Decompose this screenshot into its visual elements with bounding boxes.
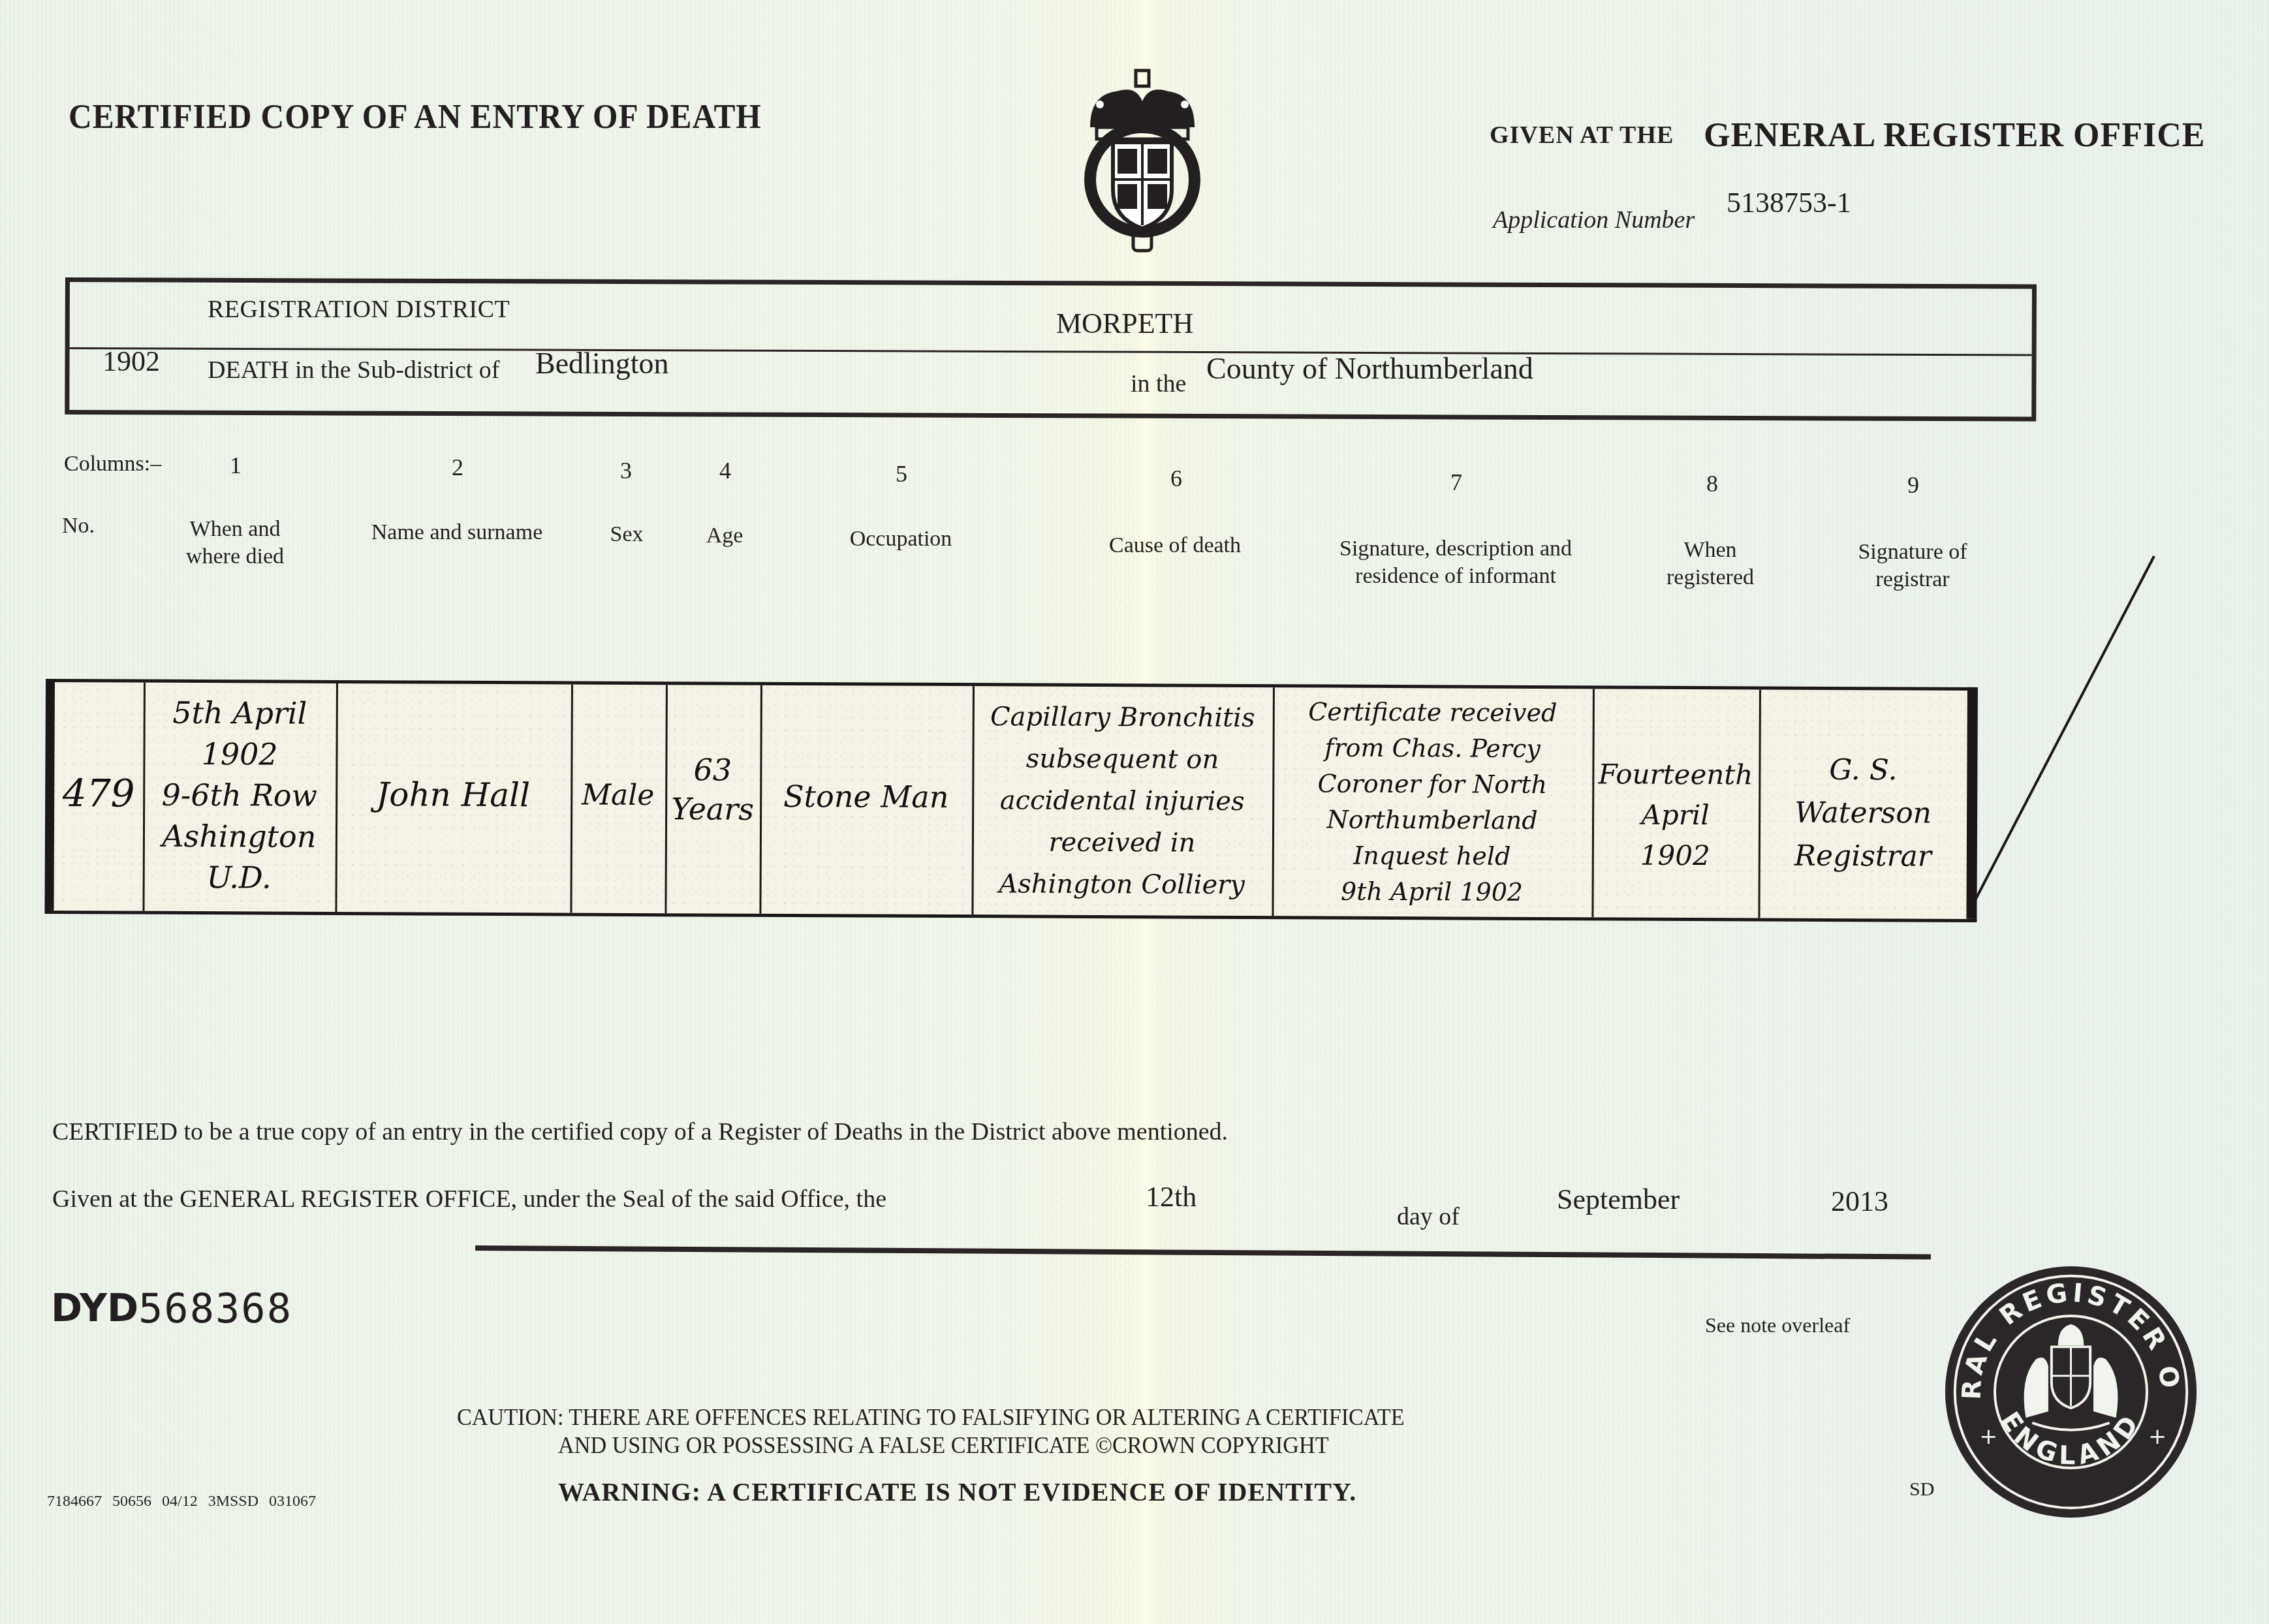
certificate-title: CERTIFIED COPY OF AN ENTRY OF DEATH: [69, 98, 762, 136]
columns-prefix: Columns:–: [64, 452, 161, 476]
entry-age: 63 Years: [665, 750, 760, 829]
svg-text:+: +: [1979, 1424, 1997, 1449]
column-header-cause-of-death: Cause of death: [1097, 532, 1253, 559]
office-name: GENERAL REGISTER OFFICE: [1704, 116, 2206, 155]
registration-district-label: REGISTRATION DISTRICT: [208, 295, 510, 324]
column-header-informant: Signature, description and residence of …: [1325, 535, 1586, 590]
subdistrict-label: DEATH in the Sub-district of: [208, 356, 500, 384]
entry-when-where-died: 5th April 1902 9-6th Row Ashington U.D.: [143, 693, 336, 899]
column-number-5: 5: [896, 460, 907, 488]
certification-month: September: [1557, 1183, 1680, 1216]
entry-when-registered: Fourteenth April 1902: [1592, 754, 1759, 876]
svg-text:+: +: [2148, 1424, 2167, 1449]
column-header-name: Name and surname: [352, 519, 561, 546]
column-number-1: 1: [230, 452, 242, 479]
column-header-when-where-died: When and where died: [166, 516, 304, 570]
entry-cause-of-death: Capillary Bronchitis subsequent on accid…: [972, 696, 1273, 906]
application-number: 5138753-1: [1727, 186, 1851, 219]
identity-warning: WARNING: A CERTIFICATE IS NOT EVIDENCE O…: [558, 1476, 1356, 1507]
column-number-4: 4: [719, 457, 731, 484]
cancellation-line: [1958, 548, 2167, 927]
column-number-7: 7: [1450, 469, 1462, 496]
entry-sex: Male: [571, 776, 665, 816]
caution-line-2: AND USING OR POSSESSING A FALSE CERTIFIC…: [558, 1431, 1329, 1459]
registration-district: MORPETH: [1056, 307, 1193, 340]
column-number-3: 3: [620, 457, 632, 484]
registration-year: 1902: [102, 345, 160, 378]
general-register-office-seal-icon: GENERAL REGISTER OFFICE ENGLAND + +: [1942, 1263, 2200, 1521]
initials: SD: [1909, 1478, 1934, 1501]
given-at-statement: Given at the GENERAL REGISTER OFFICE, un…: [52, 1185, 886, 1213]
application-number-label: Application Number: [1493, 206, 1695, 234]
entry-number: 479: [54, 773, 143, 813]
day-of-label: day of: [1397, 1202, 1460, 1231]
column-header-sex: Sex: [601, 521, 653, 548]
royal-crest-icon: [1071, 65, 1214, 255]
column-header-when-registered: When registered: [1638, 537, 1782, 591]
column-number-2: 2: [452, 454, 463, 481]
entry-informant: Certificate received from Chas. Percy Co…: [1272, 694, 1592, 911]
column-header-no: No.: [62, 512, 95, 540]
column-header-occupation: Occupation: [836, 525, 966, 553]
in-the-label: in the: [1131, 369, 1186, 398]
subdistrict: Bedlington: [535, 346, 668, 381]
serial-prefix: DYD: [51, 1286, 138, 1330]
certification-day: 12th: [1146, 1180, 1197, 1213]
entry-occupation: Stone Man: [760, 777, 972, 817]
county: County of Northumberland: [1206, 351, 1533, 386]
certification-year: 2013: [1831, 1185, 1888, 1218]
death-entry-row: 479 5th April 1902 9-6th Row Ashington U…: [44, 679, 1978, 922]
column-number-9: 9: [1907, 471, 1919, 499]
serial-number: 568368: [138, 1285, 292, 1332]
entry-registrar: G. S. Waterson Registrar: [1759, 748, 1968, 878]
print-code: 7184667 50656 04/12 3MSSD 031067: [47, 1493, 316, 1510]
see-note-overleaf: See note overleaf: [1705, 1313, 1850, 1337]
given-at-label: GIVEN AT THE: [1490, 121, 1674, 149]
entry-left-border: [44, 679, 55, 911]
entry-name: John Hall: [336, 775, 571, 815]
certification-statement: CERTIFIED to be a true copy of an entry …: [52, 1117, 1228, 1146]
column-number-6: 6: [1170, 465, 1182, 492]
column-header-age: Age: [698, 522, 751, 550]
registration-box-divider: [70, 347, 2032, 356]
column-number-8: 8: [1706, 470, 1718, 497]
caution-line-1: CAUTION: THERE ARE OFFENCES RELATING TO …: [457, 1403, 1405, 1431]
